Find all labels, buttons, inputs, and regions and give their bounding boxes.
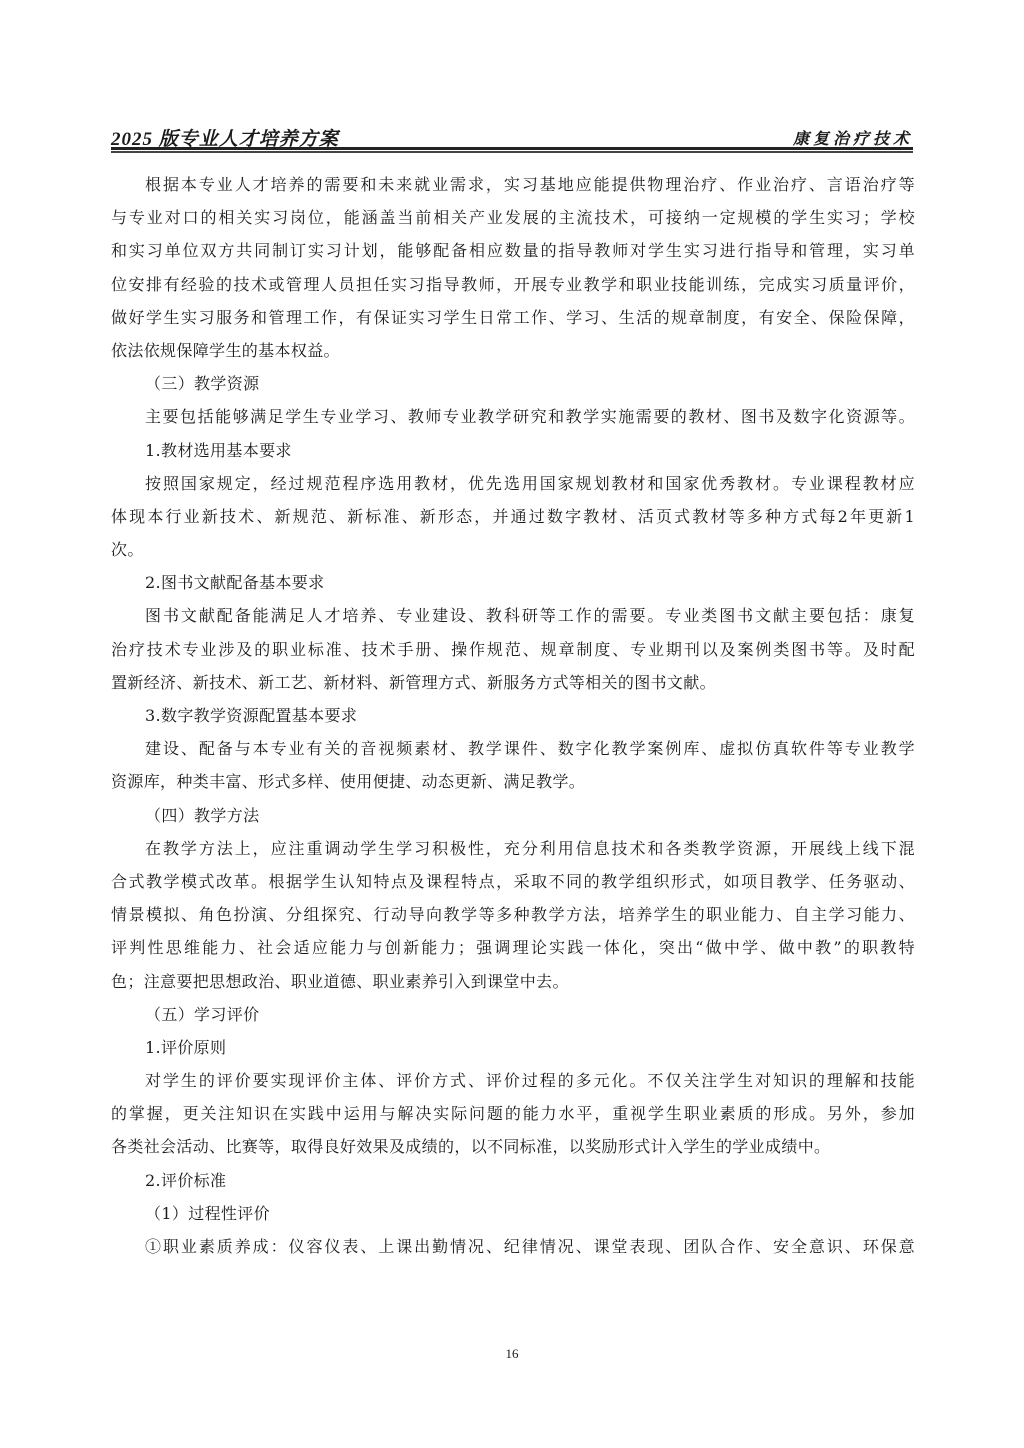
text-line: 1.评价原则: [111, 1031, 915, 1064]
text-line: 对学生的评价要实现评价主体、评价方式、评价过程的多元化。不仅关注学生对知识的理解…: [111, 1064, 915, 1097]
header-divider: [111, 147, 913, 154]
text-line: 体现本行业新技术、新规范、新标准、新形态，并通过数字教材、活页式教材等多种方式每…: [111, 500, 915, 533]
text-line: 建设、配备与本专业有关的音视频素材、教学课件、数字化教学案例库、虚拟仿真软件等专…: [111, 732, 915, 765]
text-line: 资源库，种类丰富、形式多样、使用便捷、动态更新、满足教学。: [111, 765, 915, 798]
text-line: 图书文献配备能满足人才培养、专业建设、教科研等工作的需要。专业类图书文献主要包括…: [111, 599, 915, 632]
text-line: 合式教学模式改革。根据学生认知特点及课程特点，采取不同的教学组织形式，如项目教学…: [111, 865, 915, 898]
text-line: 做好学生实习服务和管理工作，有保证实习学生日常工作、学习、生活的规章制度，有安全…: [111, 301, 915, 334]
page-number: 16: [0, 1346, 1024, 1362]
page-header: 2025 版专业人才培养方案 康复治疗技术: [111, 124, 913, 146]
text-line: 的掌握，更关注知识在实践中运用与解决实际问题的能力水平，重视学生职业素质的形成。…: [111, 1097, 915, 1130]
text-line: ①职业素质养成：仪容仪表、上课出勤情况、纪律情况、课堂表现、团队合作、安全意识、…: [111, 1230, 915, 1263]
text-line: 根据本专业人才培养的需要和未来就业需求，实习基地应能提供物理治疗、作业治疗、言语…: [111, 168, 915, 201]
text-line: 1.教材选用基本要求: [111, 434, 915, 467]
text-line: 在教学方法上，应注重调动学生学习积极性，充分利用信息技术和各类教学资源，开展线上…: [111, 832, 915, 865]
text-line: 与专业对口的相关实习岗位，能涵盖当前相关产业发展的主流技术，可接纳一定规模的学生…: [111, 201, 915, 234]
text-line: 情景模拟、角色扮演、分组探究、行动导向教学等多种教学方法，培养学生的职业能力、自…: [111, 898, 915, 931]
text-line: 评判性思维能力、社会适应能力与创新能力；强调理论实践一体化，突出“做中学、做中教…: [111, 931, 915, 964]
text-line: （四）教学方法: [111, 799, 915, 832]
text-line: 2.图书文献配备基本要求: [111, 566, 915, 599]
text-line: 各类社会活动、比赛等，取得良好效果及成绩的，以不同标准，以奖励形式计入学生的学业…: [111, 1130, 915, 1163]
text-line: 2.评价标准: [111, 1164, 915, 1197]
text-line: 位安排有经验的技术或管理人员担任实习指导教师，开展专业教学和职业技能训练，完成实…: [111, 268, 915, 301]
text-line: 次。: [111, 533, 915, 566]
text-line: 置新经济、新技术、新工艺、新材料、新管理方式、新服务方式等相关的图书文献。: [111, 666, 915, 699]
text-line: （三）教学资源: [111, 367, 915, 400]
text-line: （五）学习评价: [111, 998, 915, 1031]
text-line: 3.数字教学资源配置基本要求: [111, 699, 915, 732]
text-line: 治疗技术专业涉及的职业标准、技术手册、操作规范、规章制度、专业期刊以及案例类图书…: [111, 633, 915, 666]
program-name: 康复治疗技术: [793, 126, 913, 149]
text-line: 依法依规保障学生的基本权益。: [111, 334, 915, 367]
text-line: （1）过程性评价: [111, 1197, 915, 1230]
text-line: 色；注意要把思想政治、职业道德、职业素养引入到课堂中去。: [111, 965, 915, 998]
text-line: 按照国家规定，经过规范程序选用教材，优先选用国家规划教材和国家优秀教材。专业课程…: [111, 467, 915, 500]
text-line: 主要包括能够满足学生专业学习、教师专业教学研究和教学实施需要的教材、图书及数字化…: [111, 400, 915, 433]
text-line: 和实习单位双方共同制订实习计划，能够配备相应数量的指导教师对学生实习进行指导和管…: [111, 234, 915, 267]
document-body: 根据本专业人才培养的需要和未来就业需求，实习基地应能提供物理治疗、作业治疗、言语…: [111, 168, 915, 1263]
